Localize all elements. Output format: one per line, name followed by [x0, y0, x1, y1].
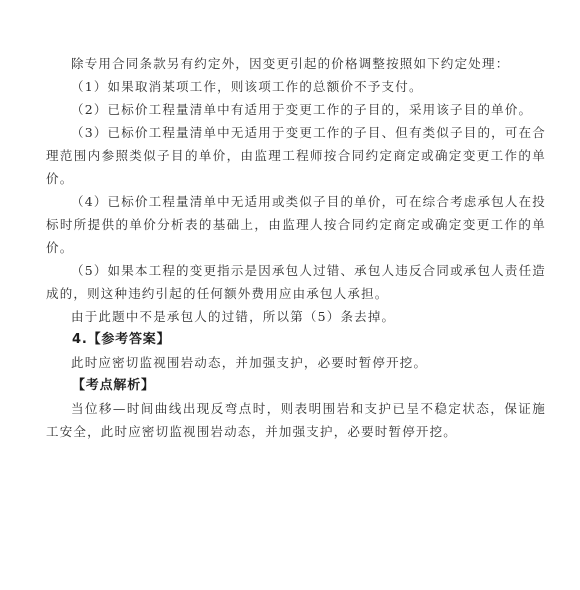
paragraph-item-2: （2）已标价工程量清单中有适用于变更工作的子目的，采用该子目的单价。: [46, 98, 546, 121]
paragraph-analysis: 当位移—时间曲线出现反弯点时，则表明围岩和支护已呈不稳定状态，保证施工安全，此时…: [46, 397, 546, 443]
document-page: 除专用合同条款另有约定外，因变更引起的价格调整按照如下约定处理： （1）如果取消…: [0, 0, 580, 590]
paragraph-item-5: （5）如果本工程的变更指示是因承包人过错、承包人违反合同或承包人责任造成的，则这…: [46, 259, 546, 305]
document-text-block: 除专用合同条款另有约定外，因变更引起的价格调整按照如下约定处理： （1）如果取消…: [46, 52, 546, 443]
paragraph-conclusion: 由于此题中不是承包人的过错，所以第（5）条去掉。: [46, 305, 546, 328]
key-point-analysis-heading: 【考点解析】: [46, 374, 546, 397]
paragraph-intro: 除专用合同条款另有约定外，因变更引起的价格调整按照如下约定处理：: [46, 52, 546, 75]
paragraph-item-1: （1）如果取消某项工作，则该项工作的总额价不予支付。: [46, 75, 546, 98]
reference-answer-heading: 4.【参考答案】: [46, 328, 546, 351]
paragraph-item-4: （4）已标价工程量清单中无适用或类似子目的单价，可在综合考虑承包人在投标时所提供…: [46, 190, 546, 259]
paragraph-answer: 此时应密切监视围岩动态，并加强支护，必要时暂停开挖。: [46, 351, 546, 374]
paragraph-item-3: （3）已标价工程量清单中无适用于变更工作的子目、但有类似子目的，可在合理范围内参…: [46, 121, 546, 190]
